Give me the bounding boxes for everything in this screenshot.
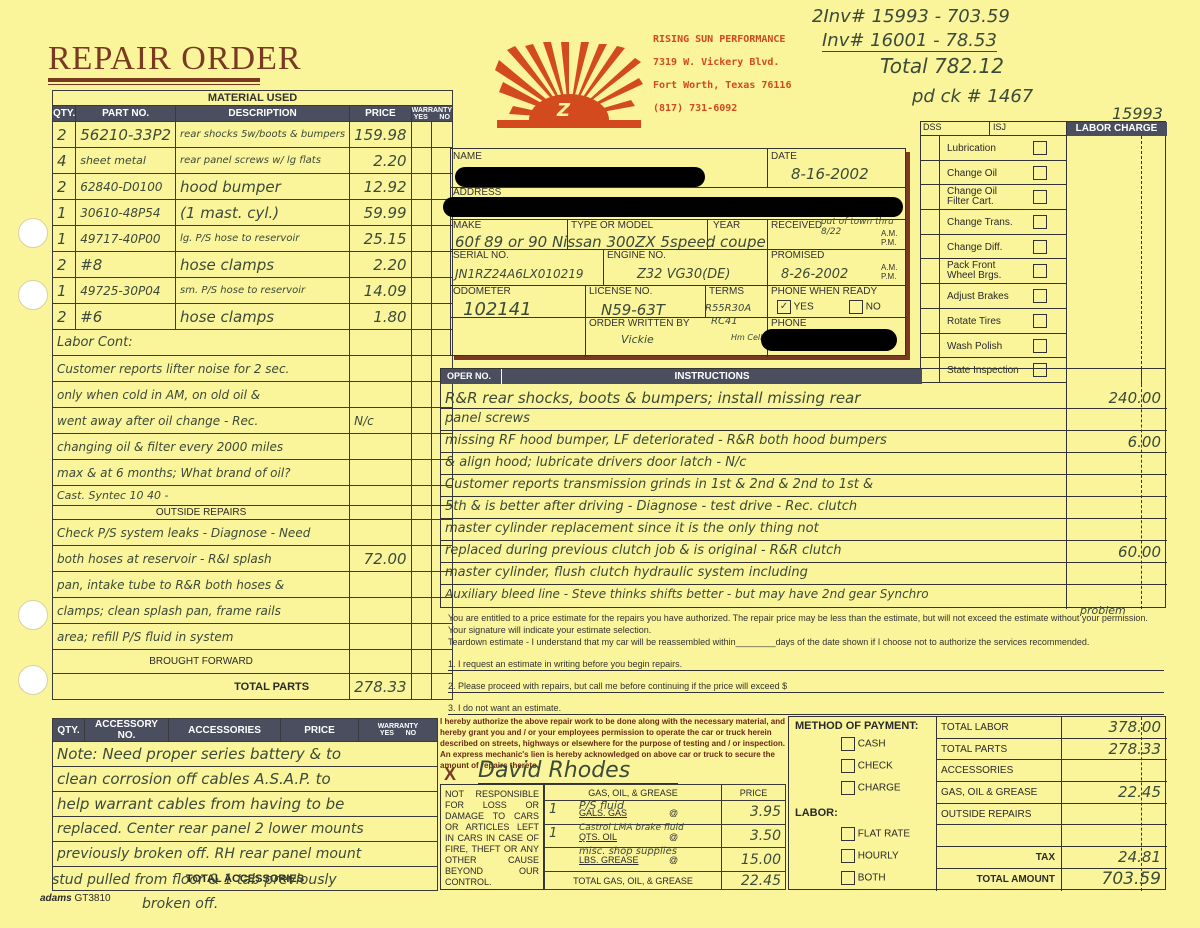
name-label: NAME bbox=[453, 151, 482, 162]
instruction-row: panel screws bbox=[441, 409, 1167, 431]
checkbox-icon bbox=[1033, 289, 1047, 303]
col-warranty: WARRANTYYES NO bbox=[359, 719, 438, 742]
accessory-note: clean corrosion off cables A.S.A.P. to bbox=[53, 767, 438, 792]
labor-flat-rate[interactable]: FLAT RATE bbox=[841, 827, 910, 841]
service-item-pack-wheel-brgs[interactable]: Pack Front Wheel Brgs. bbox=[921, 259, 1066, 284]
form-title: REPAIR ORDER bbox=[48, 40, 302, 78]
odometer-label: ODOMETER bbox=[453, 286, 511, 297]
problem-note: problem bbox=[1080, 604, 1126, 617]
make-label: MAKE bbox=[453, 220, 481, 231]
total-row: TOTAL LABOR378.00 bbox=[937, 717, 1167, 739]
col-qty: QTY. bbox=[53, 719, 85, 742]
payment-totals-box: METHOD OF PAYMENT: CASH CHECK CHARGE LAB… bbox=[788, 716, 1166, 890]
total-parts-label: TOTAL PARTS bbox=[53, 674, 350, 700]
checkbox-icon bbox=[1033, 240, 1047, 254]
total-gog-value: 22.45 bbox=[722, 872, 786, 890]
service-item-change-oil-filter[interactable]: Change Oil Filter Cart. bbox=[921, 185, 1066, 210]
instruction-row: Customer reports transmission grinds in … bbox=[441, 475, 1167, 497]
labor-note: Customer reports lifter noise for 2 sec. bbox=[53, 356, 350, 382]
estimate-option-3[interactable]: 3. I do not want an estimate. bbox=[448, 702, 1164, 715]
binder-hole bbox=[18, 280, 48, 310]
accessory-note: Note: Need proper series battery & to bbox=[53, 742, 438, 767]
shop-phone: (817) 731-6092 bbox=[653, 97, 791, 120]
checkbox-checked-icon: ✓ bbox=[777, 300, 791, 314]
payment-charge[interactable]: CHARGE bbox=[841, 781, 901, 795]
estimate-option-2[interactable]: 2. Please proceed with repairs, but call… bbox=[448, 680, 1164, 693]
col-qty: QTY. bbox=[53, 106, 76, 122]
instruction-row: & align hood; lubricate drivers door lat… bbox=[441, 453, 1167, 475]
year-label: YEAR bbox=[713, 220, 740, 231]
dss-isj-header: DSSISJ bbox=[921, 122, 1066, 136]
checkbox-icon bbox=[849, 300, 863, 314]
binder-hole bbox=[18, 218, 48, 248]
outside-repairs-label: OUTSIDE REPAIRS bbox=[53, 506, 350, 520]
invoice-total-annotation: Total 782.12 bbox=[880, 54, 1004, 78]
labor-hourly[interactable]: HOURLY bbox=[841, 849, 899, 863]
am-pm-label: A.M.P.M. bbox=[881, 263, 897, 281]
promised-label: PROMISED bbox=[771, 250, 824, 261]
license-label: LICENSE NO. bbox=[589, 286, 652, 297]
outside-repairs-price: 72.00 bbox=[350, 546, 412, 572]
services-panel: DSSISJ LABOR CHARGE Lubrication Change O… bbox=[920, 121, 1166, 383]
table-row: 130610-48P54(1 mast. cyl.)59.99 bbox=[53, 200, 453, 226]
service-item-change-oil[interactable]: Change Oil bbox=[921, 161, 1066, 186]
checkbox-icon bbox=[1033, 166, 1047, 180]
checkbox-icon bbox=[841, 759, 855, 773]
table-row: 4sheet metalrear panel screws w/ lg flat… bbox=[53, 148, 453, 174]
instruction-row: master cylinder, flush clutch hydraulic … bbox=[441, 563, 1167, 585]
total-row: TOTAL PARTS278.33 bbox=[937, 739, 1167, 761]
binder-hole bbox=[18, 600, 48, 630]
col-accessories: ACCESSORIES bbox=[169, 719, 281, 742]
received-label: RECEIVED bbox=[771, 220, 822, 231]
labor-note: went away after oil change - Rec. bbox=[53, 408, 350, 434]
total-row: ACCESSORIES bbox=[937, 760, 1167, 782]
col-description: DESCRIPTION bbox=[176, 106, 350, 122]
checkbox-icon bbox=[1033, 190, 1047, 204]
payment-check-annotation: pd ck # 1467 bbox=[912, 86, 1033, 107]
accessory-note: previously broken off. RH rear panel mou… bbox=[53, 842, 438, 867]
tax-row: TAX24.81 bbox=[937, 847, 1167, 869]
checkbox-icon bbox=[1033, 141, 1047, 155]
labor-type-label: LABOR: bbox=[795, 807, 838, 819]
instruction-row: replaced during previous clutch job & is… bbox=[441, 541, 1167, 563]
invoice-annotation: Inv# 16001 - 78.53 bbox=[822, 30, 997, 52]
redacted-name bbox=[455, 167, 705, 187]
shop-address: 7319 W. Vickery Blvd. bbox=[653, 51, 791, 74]
col-price: PRICE bbox=[350, 106, 412, 122]
checkbox-icon bbox=[1033, 215, 1047, 229]
outside-repair-note: clamps; clean splash pan, frame rails bbox=[53, 598, 350, 624]
labor-note: Cast. Syntec 10 40 - bbox=[53, 486, 350, 506]
instruction-row: master cylinder replacement since it is … bbox=[441, 519, 1167, 541]
table-row: 262840-D0100hood bumper12.92 bbox=[53, 174, 453, 200]
checkbox-icon bbox=[841, 827, 855, 841]
promised-value: 8-26-2002 bbox=[781, 267, 848, 282]
instruction-row: missing RF hood bumper, LF deteriorated … bbox=[441, 431, 1167, 453]
payment-check[interactable]: CHECK bbox=[841, 759, 893, 773]
title-underline bbox=[48, 78, 260, 82]
redacted-address bbox=[443, 197, 903, 217]
redacted-phone bbox=[761, 329, 897, 351]
phone-label: PHONE bbox=[771, 318, 807, 329]
table-row: 2#6hose clamps1.80 bbox=[53, 304, 453, 330]
invoice-annotation: 2Inv# 15993 - 703.59 bbox=[812, 6, 1010, 27]
col-part-no: PART NO. bbox=[76, 106, 176, 122]
total-row: OUTSIDE REPAIRS bbox=[937, 804, 1167, 826]
accessories-table: QTY. ACCESSORY NO. ACCESSORIES PRICE WAR… bbox=[52, 718, 438, 891]
customer-signature[interactable]: David Rhodes bbox=[478, 758, 678, 784]
no-charge-note: N/c bbox=[350, 408, 412, 434]
gog-row: 1GALS. GASP/S fluid@3.95 bbox=[545, 801, 786, 825]
terms-label: TERMS bbox=[709, 286, 744, 297]
payment-cash[interactable]: CASH bbox=[841, 737, 886, 751]
engine-value: Z32 VG30(DE) bbox=[637, 267, 730, 282]
gog-row: LBS. GREASEmisc. shop supplies@15.00 bbox=[545, 848, 786, 872]
table-row: 149717-40P00lg. P/S hose to reservoir25.… bbox=[53, 226, 453, 252]
checkbox-icon bbox=[841, 849, 855, 863]
services-list: Lubrication Change Oil Change Oil Filter… bbox=[921, 136, 1066, 383]
instruction-row: Auxiliary bleed line - Steve thinks shif… bbox=[441, 585, 1167, 607]
labor-note: Labor Cont: bbox=[53, 330, 350, 356]
col-warranty: WARRANTYYES NO bbox=[411, 106, 452, 122]
total-row: GAS, OIL & GREASE22.45 bbox=[937, 782, 1167, 804]
service-item-change-diff[interactable]: Change Diff. bbox=[921, 235, 1066, 260]
labor-note: changing oil & filter every 2000 miles bbox=[53, 434, 350, 460]
outside-repair-note: pan, intake tube to R&R both hoses & bbox=[53, 572, 350, 598]
service-item-adjust-brakes[interactable]: Adjust Brakes bbox=[921, 284, 1066, 309]
labor-note: max & at 6 months; What brand of oil? bbox=[53, 460, 350, 486]
total-gog-label: TOTAL GAS, OIL, & GREASE bbox=[545, 872, 722, 890]
accessory-note: broken off. bbox=[142, 896, 218, 912]
engine-label: ENGINE NO. bbox=[607, 250, 666, 261]
signature-x-mark: X bbox=[444, 764, 456, 785]
written-by-code: RC41 bbox=[711, 316, 738, 327]
rising-sun-logo-icon: Z bbox=[493, 40, 645, 130]
shop-name: RISING SUN PERFORMANCE bbox=[653, 28, 791, 51]
am-pm-label: A.M.P.M. bbox=[881, 229, 897, 247]
checkbox-icon bbox=[1033, 339, 1047, 353]
checkbox-icon bbox=[1033, 314, 1047, 328]
form-brand: adams GT3810 bbox=[40, 893, 111, 904]
instruction-row: 5th & is better after driving - Diagnose… bbox=[441, 497, 1167, 519]
price-header: PRICE bbox=[722, 785, 786, 801]
binder-hole bbox=[18, 665, 48, 695]
accessory-note: help warrant cables from having to be bbox=[53, 792, 438, 817]
customer-vehicle-box: NAME DATE 8-16-2002 ADDRESS MAKE TYPE OR… bbox=[450, 148, 906, 356]
total-amount-row: TOTAL AMOUNT703.59 bbox=[937, 869, 1167, 891]
table-row: 149725-30P04sm. P/S hose to reservoir14.… bbox=[53, 278, 453, 304]
checkbox-icon bbox=[1033, 264, 1047, 278]
service-item-rotate-tires[interactable]: Rotate Tires bbox=[921, 309, 1066, 334]
date-label: DATE bbox=[771, 151, 797, 162]
totals-panel: TOTAL LABOR378.00 TOTAL PARTS278.33 ACCE… bbox=[937, 717, 1167, 891]
labor-note: only when cold in AM, on old oil & bbox=[53, 382, 350, 408]
col-price: PRICE bbox=[281, 719, 359, 742]
labor-both[interactable]: BOTH bbox=[841, 871, 886, 885]
model-label: TYPE OR MODEL bbox=[571, 220, 653, 231]
gas-oil-grease-header: GAS, OIL, & GREASE bbox=[545, 785, 722, 801]
estimate-disclaimer: You are entitled to a price estimate for… bbox=[448, 612, 1164, 648]
shop-city: Fort Worth, Texas 76116 bbox=[653, 74, 791, 97]
instructions-panel: OPER NO. INSTRUCTIONS R&R rear shocks, b… bbox=[440, 368, 1166, 608]
instruction-row: R&R rear shocks, boots & bumpers; instal… bbox=[441, 387, 1167, 409]
phone-note: Hm Cell bbox=[731, 333, 762, 342]
table-row: 256210-33P2rear shocks 5w/boots & bumper… bbox=[53, 122, 453, 148]
service-item-lubrication[interactable]: Lubrication bbox=[921, 136, 1066, 161]
written-by-label: ORDER WRITTEN BY bbox=[589, 318, 690, 329]
total-row bbox=[937, 825, 1167, 847]
checkbox-icon bbox=[841, 871, 855, 885]
method-of-payment-label: METHOD OF PAYMENT: bbox=[795, 720, 918, 732]
phone-ready-yes[interactable]: ✓ YES bbox=[777, 300, 814, 314]
title-underline bbox=[48, 84, 260, 85]
payment-method-panel: METHOD OF PAYMENT: CASH CHECK CHARGE LAB… bbox=[789, 717, 937, 891]
instructions-rows: R&R rear shocks, boots & bumpers; instal… bbox=[441, 387, 1167, 607]
phone-when-ready-label: PHONE WHEN READY bbox=[771, 286, 877, 297]
accessory-note: stud pulled from floor & 1 tab previousl… bbox=[52, 872, 337, 888]
col-accessory-no: ACCESSORY NO. bbox=[85, 719, 169, 742]
total-parts-value: 278.33 bbox=[350, 674, 412, 700]
svg-text:Z: Z bbox=[556, 100, 571, 121]
gas-oil-grease-table: GAS, OIL, & GREASEPRICE 1GALS. GASP/S fl… bbox=[544, 784, 786, 890]
phone-ready-no[interactable]: NO bbox=[849, 300, 881, 314]
accessory-note: replaced. Center rear panel 2 lower moun… bbox=[53, 817, 438, 842]
gog-row: 1QTS. OILCastrol LMA brake fluid@3.50 bbox=[545, 824, 786, 848]
outside-repair-note: both hoses at reservoir - R&I splash bbox=[53, 546, 350, 572]
service-item-change-trans[interactable]: Change Trans. bbox=[921, 210, 1066, 235]
brought-forward-label: BROUGHT FORWARD bbox=[53, 650, 350, 674]
outside-repair-note: area; refill P/S fluid in system bbox=[53, 624, 350, 650]
serial-label: SERIAL NO. bbox=[453, 250, 509, 261]
material-used-table: MATERIAL USED QTY. PART NO. DESCRIPTION … bbox=[52, 90, 453, 700]
written-by-value: Vickie bbox=[621, 333, 654, 346]
terms-value: R55R30A bbox=[705, 303, 751, 314]
checkbox-icon bbox=[841, 737, 855, 751]
serial-value: JN1RZ24A6LX010219 bbox=[455, 267, 584, 281]
table-row: 2#8hose clamps2.20 bbox=[53, 252, 453, 278]
service-item-wash-polish[interactable]: Wash Polish bbox=[921, 334, 1066, 359]
estimate-option-1[interactable]: 1. I request an estimate in writing befo… bbox=[448, 658, 1164, 671]
instructions-header: INSTRUCTIONS bbox=[502, 369, 922, 384]
checkbox-icon bbox=[841, 781, 855, 795]
labor-charge-header: LABOR CHARGE bbox=[1066, 122, 1167, 136]
oper-no-header: OPER NO. bbox=[441, 369, 501, 384]
date-value: 8-16-2002 bbox=[791, 165, 869, 183]
material-used-heading: MATERIAL USED bbox=[53, 91, 453, 106]
not-responsible-disclaimer: NOT RESPONSIBLE FOR LOSS OR DAMAGE TO CA… bbox=[440, 784, 544, 890]
outside-repair-note: Check P/S system leaks - Diagnose - Need bbox=[53, 520, 350, 546]
